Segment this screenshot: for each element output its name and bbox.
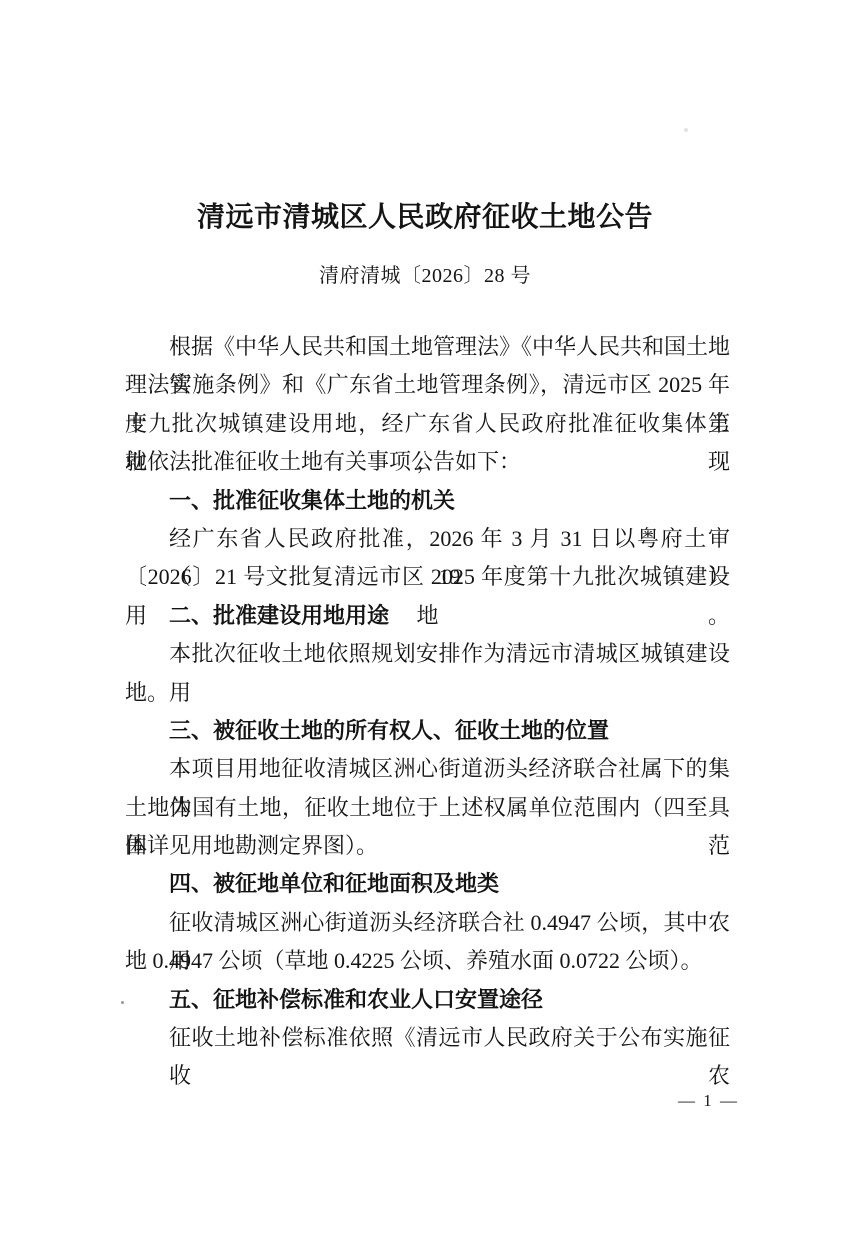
page-number: — 1 — xyxy=(678,1090,739,1112)
scan-speck xyxy=(684,128,688,132)
body-line: 地 0.4947 公顷（草地 0.4225 公顷、养殖水面 0.0722 公顷）… xyxy=(125,942,730,980)
body-line: 十九批次城镇建设用地，经广东省人民政府批准征收集体土地，现 xyxy=(125,405,730,443)
document-page: 清远市清城区人民政府征收土地公告 清府清城〔2026〕28 号 根据《中华人民共… xyxy=(0,0,850,1245)
body-line: 本批次征收土地依照规划安排作为清远市清城区城镇建设用 xyxy=(125,635,730,673)
body-line: 本项目用地征收清城区洲心街道沥头经济联合社属下的集体 xyxy=(125,750,730,788)
body-line: 经广东省人民政府批准，2026 年 3 月 31 日以粤府土审（19） xyxy=(125,520,730,558)
body-line: 四、被征地单位和征地面积及地类 xyxy=(125,865,730,903)
scan-speck xyxy=(121,1001,124,1004)
body-line: 根据《中华人民共和国土地管理法》《中华人民共和国土地管 xyxy=(125,328,730,366)
body-line: 地。 xyxy=(125,674,730,712)
body-line: 理法实施条例》和《广东省土地管理条例》，清远市区 2025 年度第 xyxy=(125,366,730,404)
body-line: 征收清城区洲心街道沥头经济联合社 0.4947 公顷，其中农用 xyxy=(125,904,730,942)
document-number: 清府清城〔2026〕28 号 xyxy=(0,262,850,290)
document-body: 根据《中华人民共和国土地管理法》《中华人民共和国土地管理法实施条例》和《广东省土… xyxy=(125,328,730,1057)
document-title: 清远市清城区人民政府征收土地公告 xyxy=(0,199,850,237)
body-line: 〔2026〕21 号文批复清远市区 2025 年度第十九批次城镇建设用地。 xyxy=(125,558,730,596)
body-line: 土地为国有土地，征收土地位于上述权属单位范围内（四至具体范 xyxy=(125,789,730,827)
body-line: 征收土地补偿标准依照《清远市人民政府关于公布实施征收农 xyxy=(125,1019,730,1057)
body-line: 三、被征收土地的所有权人、征收土地的位置 xyxy=(125,712,730,750)
body-line: 一、批准征收集体土地的机关 xyxy=(125,482,730,520)
body-line: 五、征地补偿标准和农业人口安置途径 xyxy=(125,981,730,1019)
